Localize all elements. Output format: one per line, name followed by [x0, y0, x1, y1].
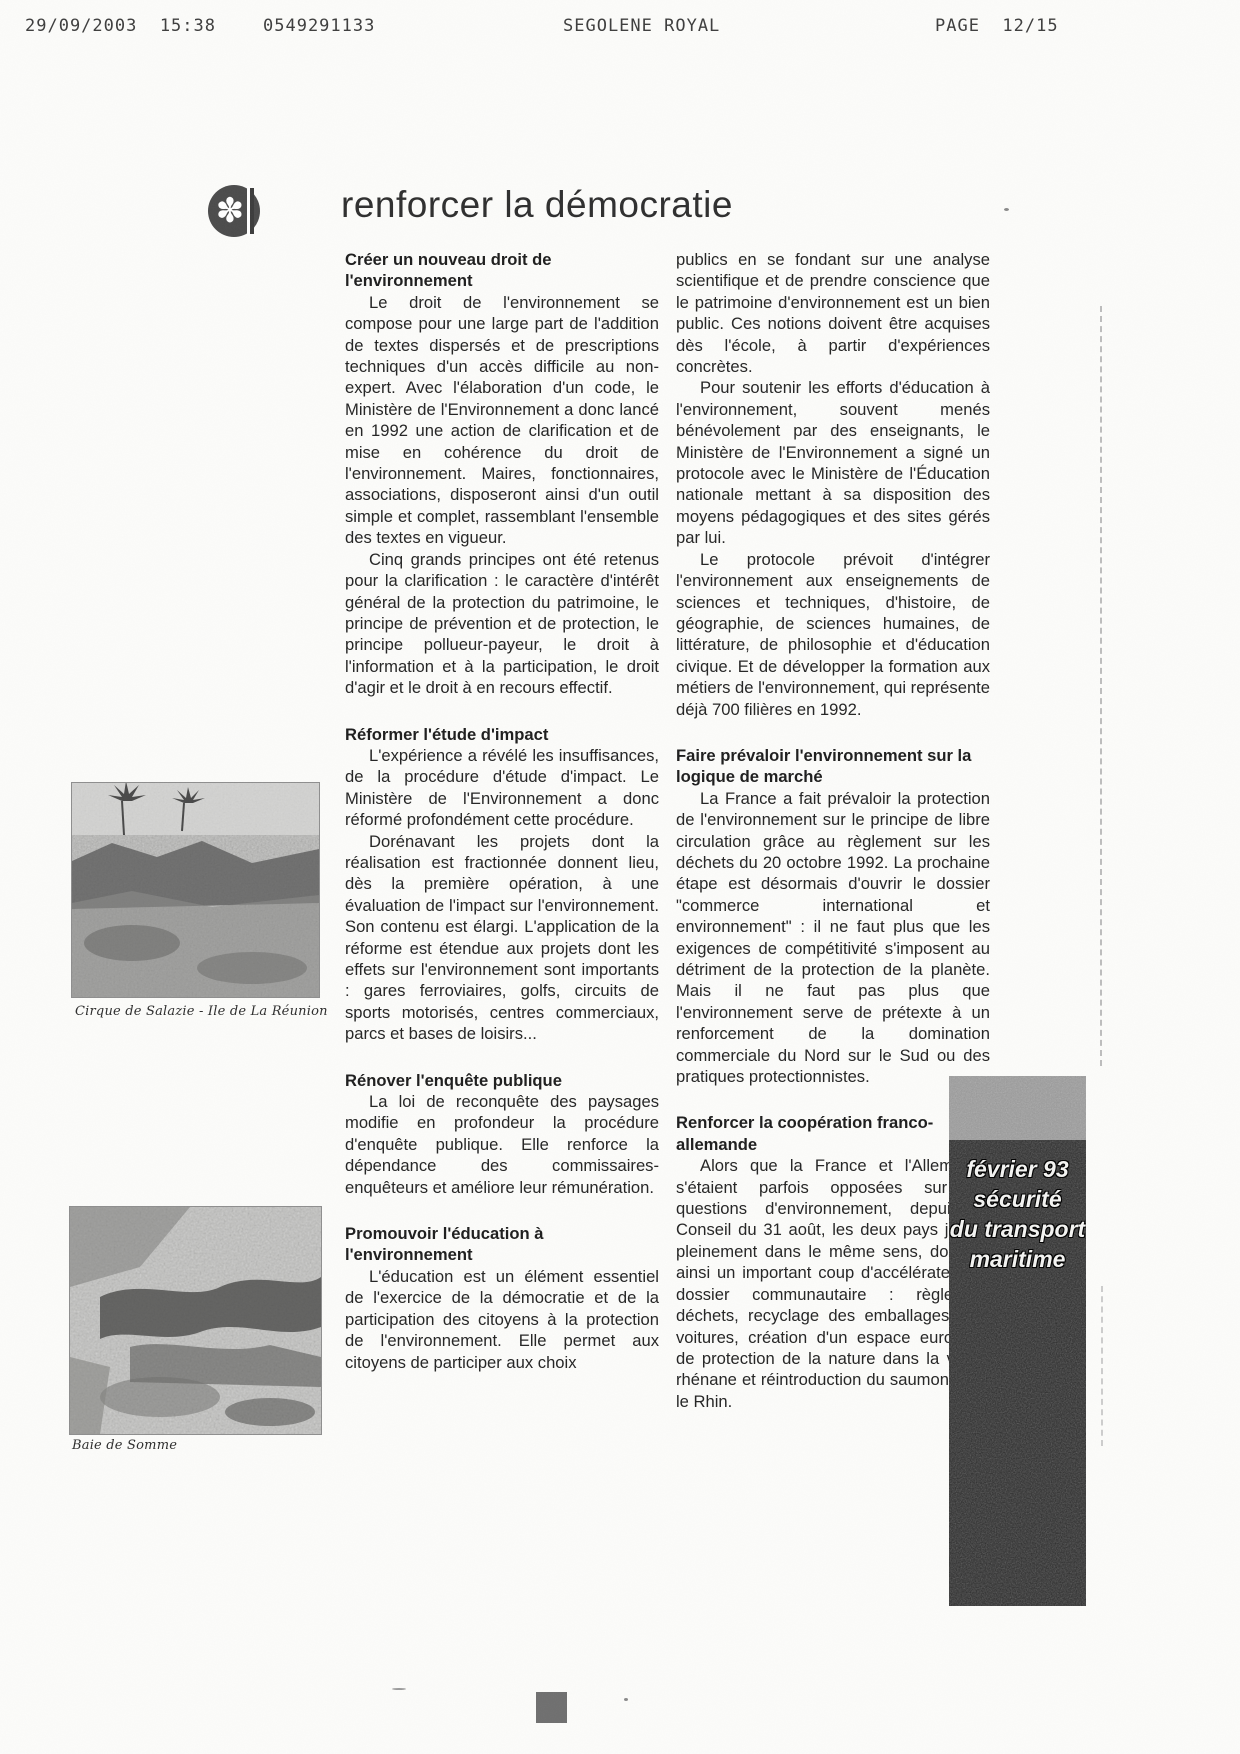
scan-artifact-speck: [1004, 208, 1009, 211]
paragraph: publics en se fondant sur une analyse sc…: [676, 249, 990, 377]
fax-datetime: 29/09/2003 15:38: [25, 16, 216, 36]
paragraph: Le droit de l'environnement se compose p…: [345, 292, 659, 549]
scan-artifact-speck: [624, 1698, 628, 1701]
article-column-right: publics en se fondant sur une analyse sc…: [676, 249, 990, 1412]
photo-baie-de-somme: [70, 1207, 321, 1434]
scan-artifact-dashed-line: [1101, 1286, 1103, 1446]
tab-line: du transport: [949, 1214, 1086, 1244]
paragraph: Alors que la France et l'Allemagne s'éta…: [676, 1155, 990, 1412]
tab-title: février 93 sécurité du transport maritim…: [949, 1154, 1086, 1274]
fax-sender: SEGOLENE ROYAL: [563, 16, 720, 36]
paragraph: Pour soutenir les efforts d'éducation à …: [676, 377, 990, 548]
photo-caption: Baie de Somme: [72, 1438, 177, 1453]
svg-text:✽: ✽: [216, 191, 245, 231]
photo-cirque-de-salazie: [72, 783, 319, 997]
section-heading: Rénover l'enquête publique: [345, 1070, 659, 1091]
tab-line: maritime: [949, 1244, 1086, 1274]
fax-page-indicator: PAGE 12/15: [935, 16, 1059, 36]
paragraph: Cinq grands principes ont été retenus po…: [345, 549, 659, 699]
flower-asterisk-logo-icon: ✽: [206, 182, 264, 240]
page-title: renforcer la démocratie: [341, 184, 733, 226]
tab-line: février 93: [949, 1154, 1086, 1184]
paragraph: L'expérience a révélé les insuffisances,…: [345, 745, 659, 831]
article-column-left: Créer un nouveau droit de l'environnemen…: [345, 249, 659, 1373]
scan-artifact-speck: [392, 1688, 406, 1690]
tab-line: sécurité: [949, 1184, 1086, 1214]
section-heading: Réformer l'étude d'impact: [345, 724, 659, 745]
edition-index-tab: février 93 sécurité du transport maritim…: [949, 1076, 1086, 1606]
scan-artifact-square: [536, 1692, 567, 1723]
fax-number: 0549291133: [263, 16, 375, 36]
paragraph: La loi de reconquête des paysages modifi…: [345, 1091, 659, 1198]
scan-artifact-dashed-line: [1100, 306, 1102, 1066]
photo-caption: Cirque de Salazie - Ile de La Réunion: [75, 1004, 328, 1019]
paragraph: L'éducation est un élément essentiel de …: [345, 1266, 659, 1373]
section-heading: Faire prévaloir l'environnement sur la l…: [676, 745, 990, 788]
section-heading: Renforcer la coopération franco-allemand…: [676, 1112, 990, 1155]
paragraph: Le protocole prévoit d'intégrer l'enviro…: [676, 549, 990, 720]
section-heading: Promouvoir l'éducation à l'environnement: [345, 1223, 659, 1266]
paragraph: Dorénavant les projets dont la réalisati…: [345, 831, 659, 1045]
paragraph: La France a fait prévaloir la protection…: [676, 788, 990, 1088]
scanned-fax-page: 29/09/2003 15:38 0549291133 SEGOLENE ROY…: [0, 0, 1240, 1754]
section-heading: Créer un nouveau droit de l'environnemen…: [345, 249, 659, 292]
